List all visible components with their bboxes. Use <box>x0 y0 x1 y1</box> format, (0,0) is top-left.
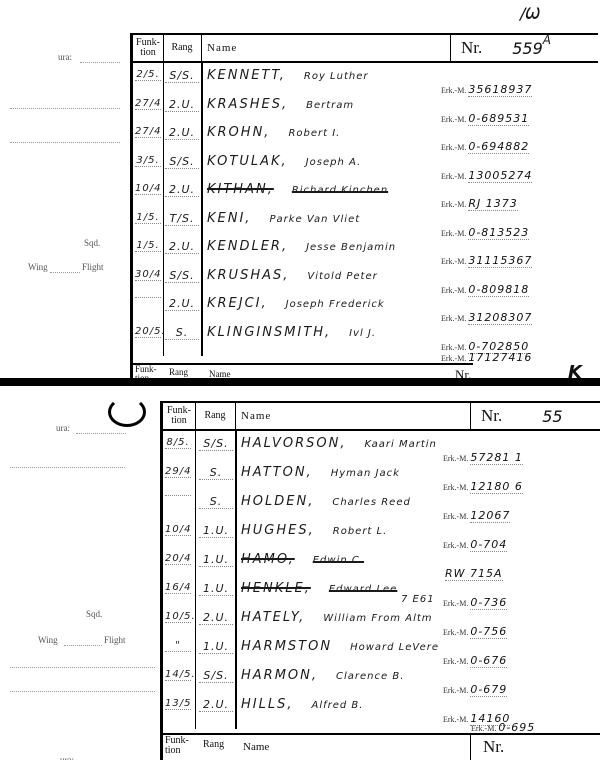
row-rang: S/S. <box>165 269 199 283</box>
row-rang: 2.U. <box>165 98 199 112</box>
row-rang: 1.U. <box>199 582 233 596</box>
row-name: HOLDEN,Charles Reed <box>241 494 411 509</box>
row-rang: 2.U. <box>165 183 199 197</box>
row-name: HENKLE,Edward Lee <box>241 581 397 596</box>
row-given-names: Kaari Martin <box>364 439 436 450</box>
next-card-header-bottom: Funk- tion Rang Name Nr. <box>160 733 600 760</box>
row-rang: S/S. <box>199 437 233 451</box>
row-funktion: 14/5. <box>165 669 191 681</box>
row-name: HATTON,Hyman Jack <box>241 465 400 480</box>
header-rang: Rang <box>163 35 202 61</box>
table-row: 16/41.U.HENKLE,Edward LeeErk.-M.0-7367 E… <box>163 578 600 604</box>
header-funktion: Funk- tion <box>163 403 196 429</box>
row-name: KRUSHAS,Vitold Peter <box>207 268 378 283</box>
roster-table-bottom: Funk- tion Rang Name Nr. 55 8/5.S/S.HALV… <box>160 401 600 741</box>
row-funktion: 8/5. <box>165 437 191 449</box>
row-surname: HILLS, <box>241 697 293 712</box>
table-row: 29/4S.HATTON,Hyman JackErk.-M.12180 6 <box>163 462 600 488</box>
row-name: HAMO,Edwin C. <box>241 552 364 567</box>
row-rang: T/S. <box>165 212 199 226</box>
handwritten-stamp: /Ѡ <box>520 4 540 23</box>
table-row: 1/5.2.U.KENDLER,Jesse BenjaminErk.-M.311… <box>133 236 598 262</box>
row-surname: KREJCI, <box>207 296 268 311</box>
row-given-names: Robert L. <box>333 526 388 537</box>
row-given-names: Alfred B. <box>311 700 363 711</box>
row-given-names: Charles Reed <box>332 497 410 508</box>
row-rang: S. <box>199 495 233 509</box>
row-funktion: 1/5. <box>135 240 161 252</box>
table-row: 2/5.S/S.KENNETT,Roy LutherErk.-M.3561893… <box>133 65 598 91</box>
row-funktion: 27/4 <box>135 98 161 110</box>
row-rang: S. <box>165 326 199 340</box>
row-given-names: Howard LeVere <box>350 642 439 653</box>
nr-suffix: A <box>543 33 552 47</box>
unit-label: ura: <box>56 423 70 433</box>
row-rang: 2.U. <box>165 240 199 254</box>
table-row: 30/4S/S.KRUSHAS,Vitold PeterErk.-M.0-809… <box>133 265 598 291</box>
nr-label: Nr. <box>461 38 482 58</box>
row-name: KITHAN,Richard Kinchen <box>207 182 388 197</box>
header-funktion: Funk- tion <box>133 35 164 61</box>
table-row: 14/5.S/S.HARMON,Clarence B.Erk.-M.0-679 <box>163 665 600 691</box>
row-funktion: 29/4 <box>165 466 191 478</box>
table-row: S.HOLDEN,Charles ReedErk.-M.12067 <box>163 491 600 517</box>
row-rang: S/S. <box>165 155 199 169</box>
row-funktion <box>135 297 161 298</box>
row-rang: S/S. <box>199 669 233 683</box>
table-header: Funk- tion Rang Name Nr. 559 A <box>133 33 598 63</box>
row-funktion: 30/4 <box>135 269 161 281</box>
row-given-names: Edwin C. <box>313 555 364 566</box>
table-row: 10/5.2.U.HATELY,William From AltmErk.-M.… <box>163 607 600 633</box>
row-name: KLINGINSMITH,Ivl J. <box>207 325 376 340</box>
row-surname: HAMO, <box>241 552 295 567</box>
roster-table-top: Funk- tion Rang Name Nr. 559 A 2/5.S/S.K… <box>130 33 598 378</box>
row-rang: 1.U. <box>199 640 233 654</box>
row-name: HATELY,William From Altm <box>241 610 433 625</box>
row-funktion: 2/5. <box>135 69 161 81</box>
row-rang: S. <box>199 466 233 480</box>
row-given-names: Robert I. <box>288 128 340 139</box>
row-surname: KRUSHAS, <box>207 268 289 283</box>
row-surname: KENDLER, <box>207 239 288 254</box>
table-row: 3/5.S/S.KOTULAK,Joseph A.Erk.-M.13005274 <box>133 151 598 177</box>
row-name: KOTULAK,Joseph A. <box>207 154 361 169</box>
row-surname: HALVORSON, <box>241 436 346 451</box>
row-surname: HOLDEN, <box>241 494 314 509</box>
row-surname: KOTULAK, <box>207 154 288 169</box>
row-surname: HATTON, <box>241 465 313 480</box>
row-name: HILLS,Alfred B. <box>241 697 363 712</box>
table-row: 1/5.T/S.KENI,Parke Van VlietErk.-M.0-813… <box>133 208 598 234</box>
row-funktion: 1/5. <box>135 212 161 224</box>
row-given-names: Ivl J. <box>349 328 376 339</box>
row-rang: 2.U. <box>165 126 199 140</box>
nr-label: Nr. <box>481 406 502 426</box>
row-rang: S/S. <box>165 69 199 83</box>
row-rang: 1.U. <box>199 553 233 567</box>
row-name: KREJCI,Joseph Frederick <box>207 296 385 311</box>
row-funktion: " <box>165 640 191 652</box>
row-surname: HARMON, <box>241 668 318 683</box>
row-given-names: Richard Kinchen <box>292 185 388 196</box>
table-row: 27/42.U.KRASHES,BertramErk.-M.0-689531 <box>133 94 598 120</box>
squadron-label: Sqd. <box>84 238 100 248</box>
flight-label: Flight <box>104 635 126 645</box>
row-name: KENI,Parke Van Vliet <box>207 211 360 226</box>
row-given-names: Edward Lee <box>329 584 398 595</box>
table-row: 20/41.U.HAMO,Edwin C.RW 715A <box>163 549 600 575</box>
row-surname: KRASHES, <box>207 97 288 112</box>
table-row: 2.U.KREJCI,Joseph FrederickErk.-M.312083… <box>133 293 598 319</box>
row-name: HARMSTONHoward LeVere <box>241 639 439 654</box>
header-rang: Rang <box>195 403 236 429</box>
row-name: HALVORSON,Kaari Martin <box>241 436 437 451</box>
table-header: Funk- tion Rang Name Nr. 55 <box>163 401 600 431</box>
row-name: HUGHES,Robert L. <box>241 523 387 538</box>
row-surname: HATELY, <box>241 610 305 625</box>
table-row: 10/42.U.KITHAN,Richard KinchenErk.-M.RJ … <box>133 179 598 205</box>
row-funktion: 27/4 <box>135 126 161 138</box>
header-nr: Nr. 559 A <box>450 35 600 61</box>
row-surname: KLINGINSMITH, <box>207 325 331 340</box>
row-given-names: Joseph Frederick <box>286 299 385 310</box>
table-row: "1.U.HARMSTONHoward LeVereErk.-M.0-676 <box>163 636 600 662</box>
wing-label: Wing <box>38 635 58 645</box>
row-given-names: Joseph A. <box>306 157 362 168</box>
top-roster-card: /Ѡ ura: Sqd. Wing Flight Funk- tion Rang… <box>0 0 600 385</box>
row-surname: KENNETT, <box>207 68 286 83</box>
row-surname: KENI, <box>207 211 251 226</box>
row-surname: KITHAN, <box>207 182 274 197</box>
row-name: KENNETT,Roy Luther <box>207 68 368 83</box>
nr-value: 559 <box>512 39 543 58</box>
header-nr: Nr. 55 <box>470 403 600 429</box>
table-row: 10/41.U.HUGHES,Robert L.Erk.-M.0-704 <box>163 520 600 546</box>
row-funktion: 20/5. <box>135 326 161 338</box>
squadron-label: Sqd. <box>86 609 102 619</box>
table-row: 27/42.U.KROHN,Robert I.Erk.-M.0-694882 <box>133 122 598 148</box>
row-funktion: 3/5. <box>135 155 161 167</box>
row-funktion: 20/4 <box>165 553 191 565</box>
row-surname: HENKLE, <box>241 581 311 596</box>
row-given-names: Jesse Benjamin <box>306 242 396 253</box>
row-rang: 1.U. <box>199 524 233 538</box>
row-surname: HARMSTON <box>241 639 332 654</box>
row-funktion: 13/5 <box>165 698 191 710</box>
row-funktion <box>165 495 191 496</box>
handwritten-circle-mark <box>108 397 146 427</box>
row-surname: HUGHES, <box>241 523 315 538</box>
row-surname: KROHN, <box>207 125 270 140</box>
row-funktion: 10/4 <box>135 183 161 195</box>
row-note: 7 E61 <box>401 594 435 605</box>
row-funktion: 10/4 <box>165 524 191 536</box>
row-given-names: Vitold Peter <box>307 271 377 282</box>
table-row: 20/5.S.KLINGINSMITH,Ivl J.Erk.-M.0-70285… <box>133 322 598 348</box>
row-name: KENDLER,Jesse Benjamin <box>207 239 396 254</box>
nr-value: 55 <box>542 407 562 426</box>
row-name: KROHN,Robert I. <box>207 125 340 140</box>
wing-label: Wing <box>28 262 48 272</box>
row-name: KRASHES,Bertram <box>207 97 354 112</box>
bottom-roster-card: ura: Sqd. Wing Flight ura: Funk- tion Ra… <box>0 385 600 760</box>
table-row: 8/5.S/S.HALVORSON,Kaari MartinErk.-M.572… <box>163 433 600 459</box>
row-given-names: Clarence B. <box>336 671 404 682</box>
row-given-names: William From Altm <box>323 613 432 624</box>
unit-label: ura: <box>58 52 72 62</box>
row-rang: 2.U. <box>165 297 199 311</box>
row-funktion: 10/5. <box>165 611 191 623</box>
table-row: 13/52.U.HILLS,Alfred B.Erk.-M.14160 <box>163 694 600 720</box>
row-given-names: Hyman Jack <box>331 468 400 479</box>
row-name: HARMON,Clarence B. <box>241 668 404 683</box>
row-funktion: 16/4 <box>165 582 191 594</box>
flight-label: Flight <box>82 262 104 272</box>
row-given-names: Roy Luther <box>304 71 369 82</box>
next-card-header-top: Funk- tion Rang Name Nr. <box>130 363 473 379</box>
row-rang: 2.U. <box>199 698 233 712</box>
row-rang: 2.U. <box>199 611 233 625</box>
row-given-names: Bertram <box>306 100 354 111</box>
row-given-names: Parke Van Vliet <box>269 214 360 225</box>
